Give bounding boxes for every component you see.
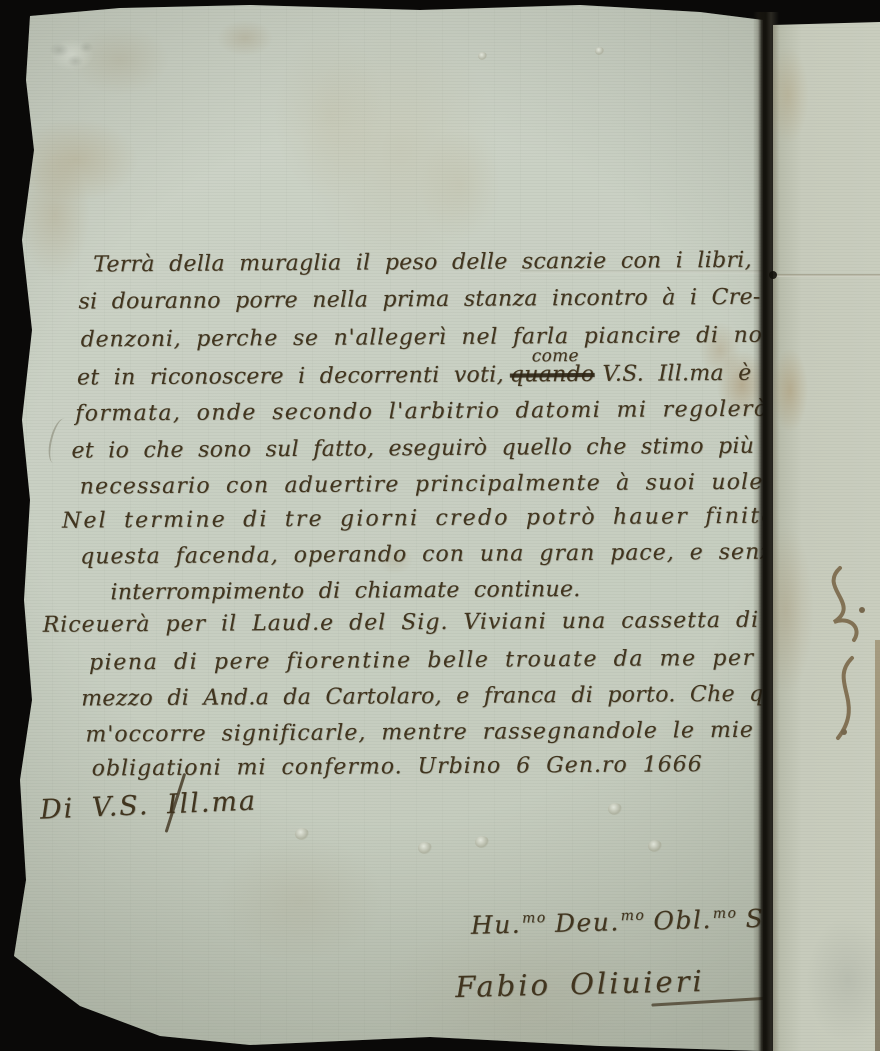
manuscript-photograph: Terrà della muraglia il peso delle scanz… <box>0 0 880 1051</box>
manuscript-line: mezzo di And.a da Cartolaro, e franca di… <box>81 681 829 711</box>
center-fold-shadow <box>753 12 779 1051</box>
abbrev-sup: mo <box>620 908 645 925</box>
abbrev-base: Obl. <box>653 905 712 935</box>
manuscript-line: Riceuerà per il Laud.e del Sig. Viviani … <box>43 608 760 638</box>
manuscript-line: Nel termine di tre giorni credo potrò ha… <box>62 504 777 534</box>
manuscript-line: formata, onde secondo l'arbitrio datomi … <box>75 397 777 427</box>
under-leaf-edge <box>875 640 880 1051</box>
ink-show-through-marks <box>810 550 880 760</box>
letter-page: Terrà della muraglia il peso delle scanz… <box>0 0 880 1051</box>
handwritten-text: Terrà della muraglia il peso delle scanz… <box>0 0 880 1051</box>
correction: quandocome <box>510 362 595 388</box>
abbrev-sup: mo <box>713 905 738 922</box>
manuscript-line: necessario con aduertire principalmente … <box>80 470 792 500</box>
right-leaf <box>768 0 880 1051</box>
manuscript-line: si douranno porre nella prima stanza inc… <box>78 285 760 315</box>
inserted-word: come <box>532 346 579 366</box>
abbrev-base: Hu. <box>470 910 521 940</box>
manuscript-line: questa facenda, operando con una gran pa… <box>80 540 787 570</box>
horizontal-fold-crease <box>768 274 880 277</box>
signature-name: Fabio Oliuieri <box>455 964 705 1004</box>
abbrev-sup: mo <box>522 910 547 927</box>
manuscript-line: denzoni, perche se n'allegerì nel farla … <box>81 323 792 353</box>
manuscript-line-with-correction: et in riconoscere i decorrenti voti,quan… <box>77 361 796 391</box>
abbrev-base: Deu. <box>555 907 621 938</box>
closing-salutation: Di V.S. Ill.ma <box>39 786 257 826</box>
manuscript-line: m'occorre significarle, mentre rassegnan… <box>85 718 754 748</box>
manuscript-line: et io che sono sul fatto, eseguirò quell… <box>71 434 754 464</box>
line-text: et in riconoscere i decorrenti voti, <box>77 363 504 391</box>
manuscript-line: Terrà della muraglia il peso delle scanz… <box>93 247 807 277</box>
manuscript-line: interrompimento di chiamate continue. <box>110 577 580 605</box>
manuscript-line: piena di pere fiorentine belle trouate d… <box>89 646 755 676</box>
fold-crease-dot <box>769 271 777 279</box>
